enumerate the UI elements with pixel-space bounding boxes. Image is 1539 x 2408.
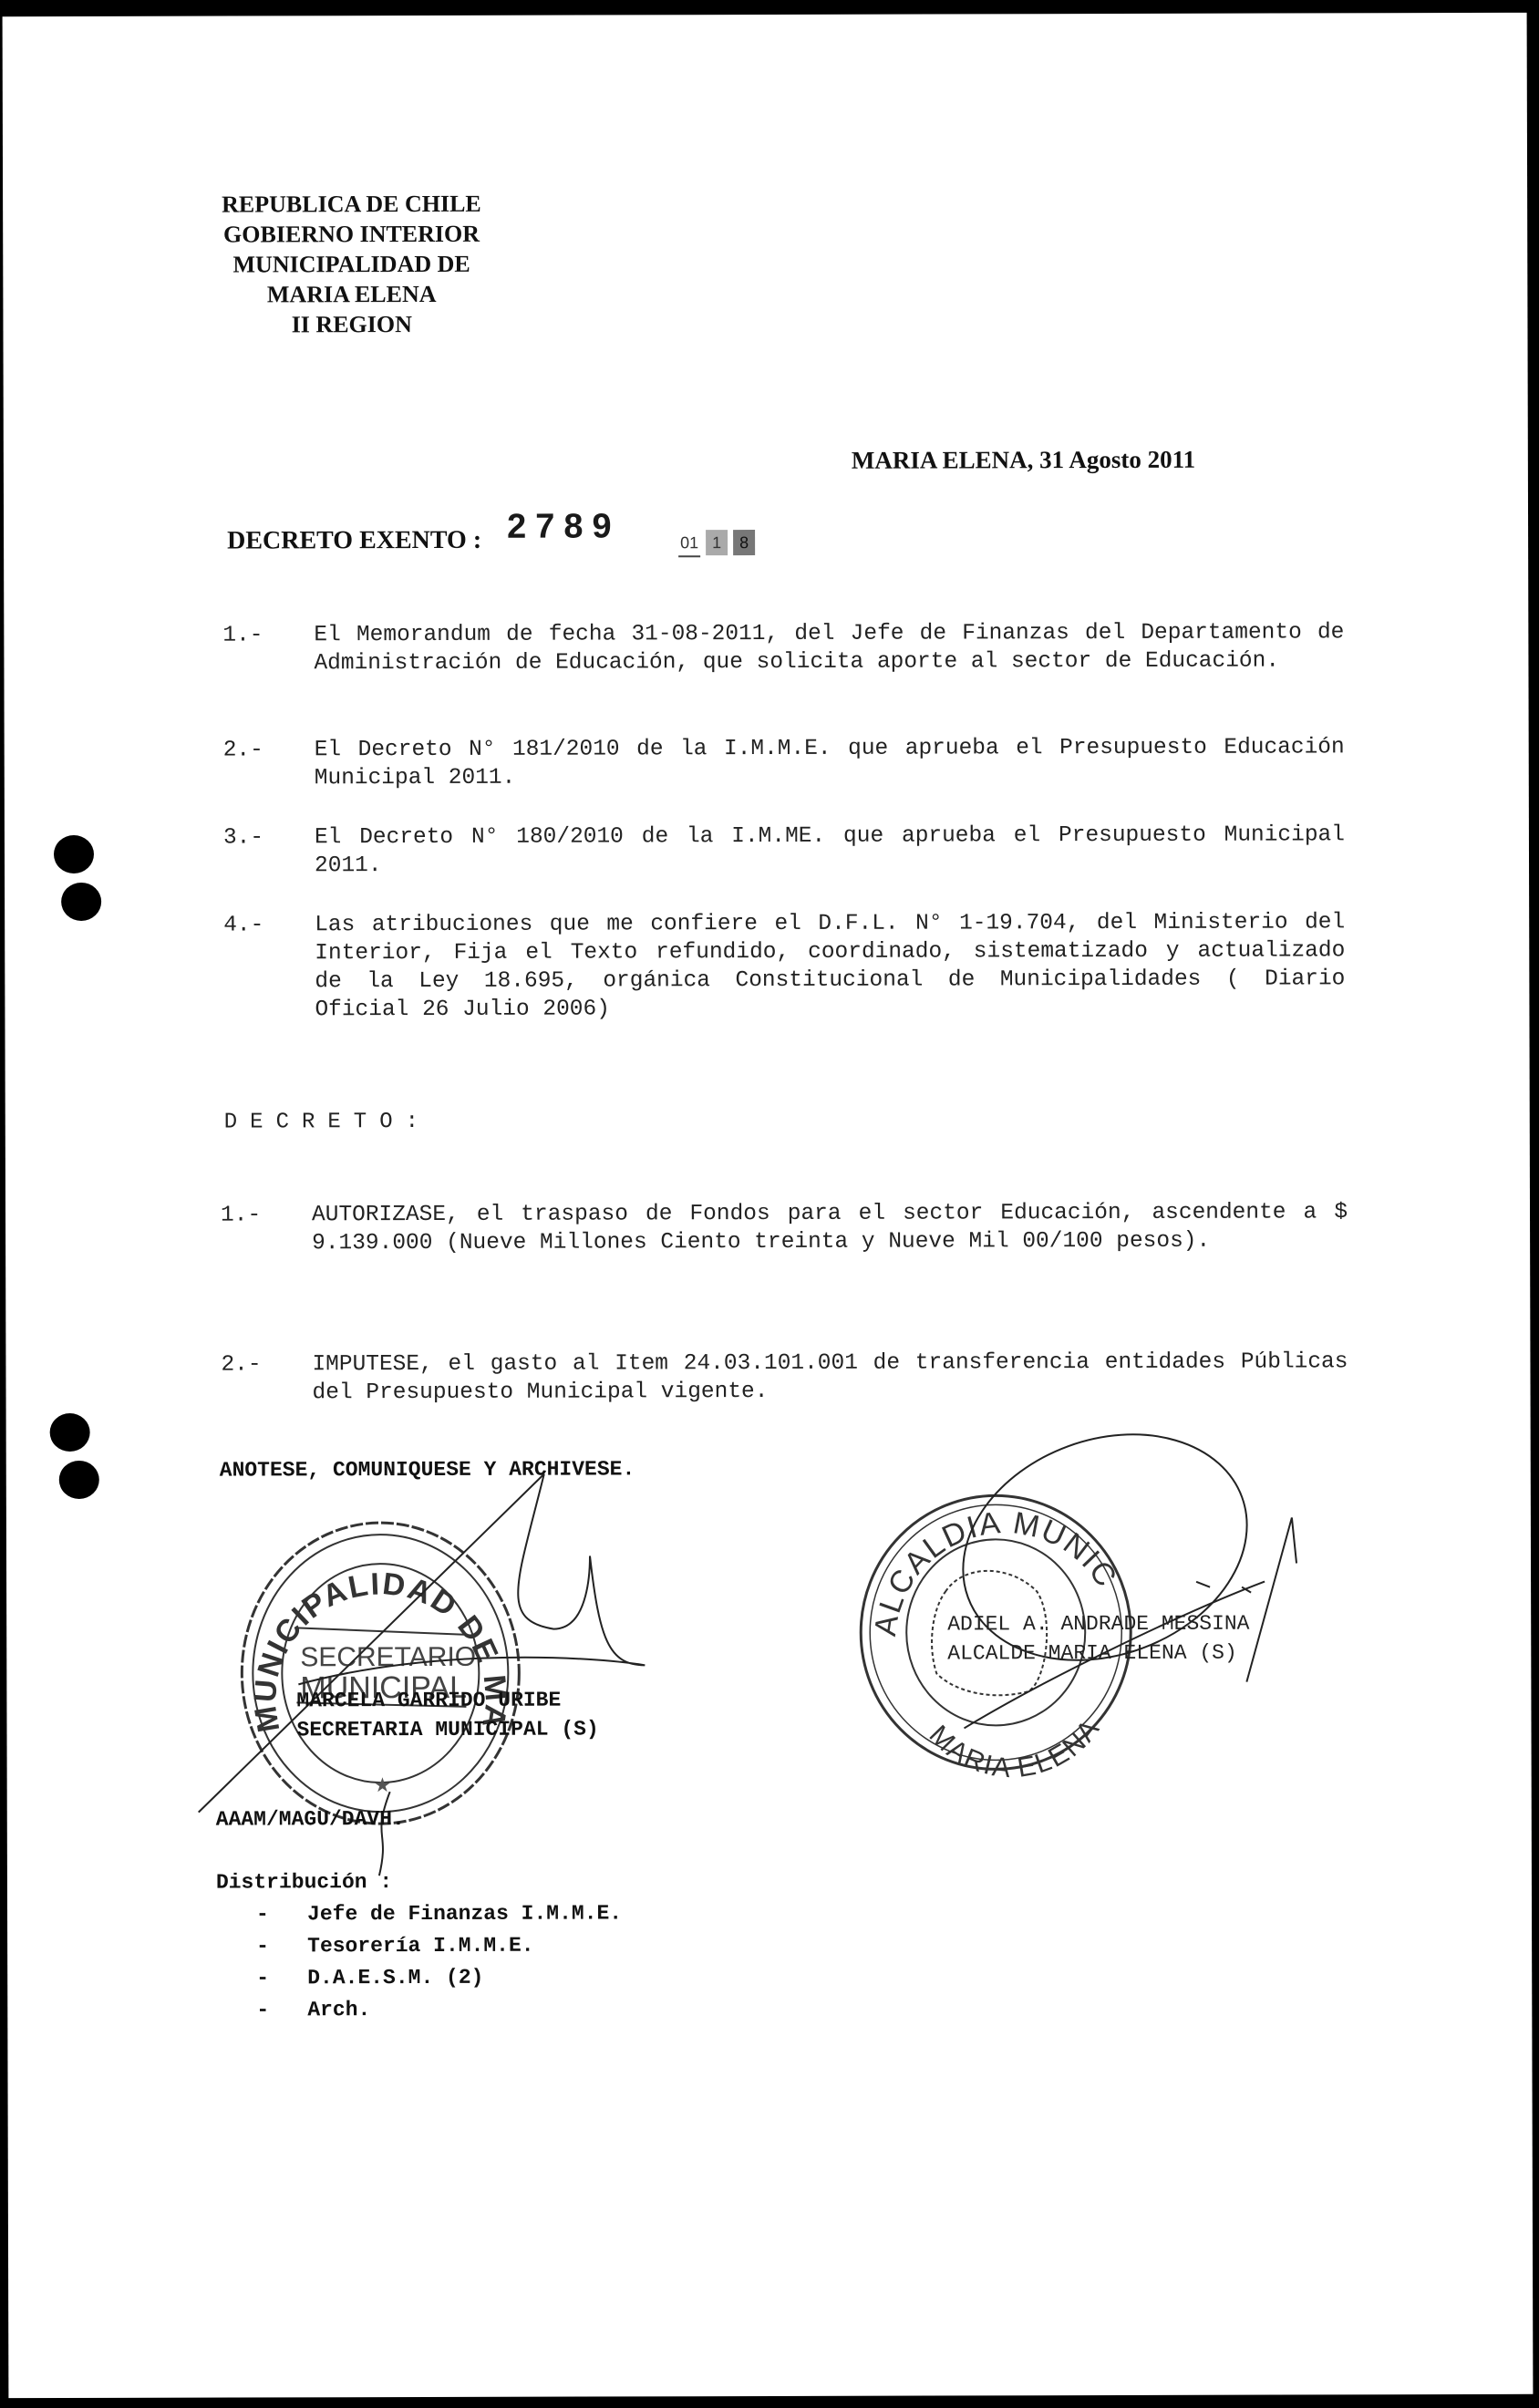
item-text: El Decreto N° 180/2010 de la I.M.ME. que…: [315, 821, 1345, 880]
consideration-item: 1.- El Memorandum de fecha 31-08-2011, d…: [222, 618, 1344, 677]
consideration-item: 2.- El Decreto N° 181/2010 de la I.M.M.E…: [223, 733, 1345, 792]
secretary-name: MARCELA GARRIDO URIBE: [296, 1685, 598, 1715]
header-line: MARIA ELENA: [222, 279, 481, 310]
header-line: MUNICIPALIDAD DE: [222, 249, 481, 280]
item-text: Las atribuciones que me confiere el D.F.…: [315, 908, 1345, 1024]
svg-text:MARIA ELENA: MARIA ELENA: [924, 1713, 1107, 1784]
item-number: 1.-: [222, 621, 263, 649]
reference-initials: AAAM/MAGU/DAVH.: [216, 1807, 405, 1832]
issuer-header: REPUBLICA DE CHILE GOBIERNO INTERIOR MUN…: [222, 189, 481, 340]
secretary-signature-block: MARCELA GARRIDO URIBE SECRETARIA MUNICIP…: [296, 1685, 598, 1744]
distribution-item: -Jefe de Finanzas I.M.M.E.: [256, 1897, 622, 1930]
resolution-item: 2.- IMPUTESE, el gasto al Item 24.03.101…: [221, 1348, 1348, 1407]
mayor-title: ALCALDE MARIA ELENA (S): [947, 1638, 1249, 1669]
item-text: AUTORIZASE, el traspaso de Fondos para e…: [312, 1198, 1348, 1257]
place-and-date: MARIA ELENA, 31 Agosto 2011: [852, 446, 1195, 475]
item-text: El Memorandum de fecha 31-08-2011, del J…: [314, 618, 1344, 677]
mayor-signature: [931, 1396, 1297, 1729]
item-text: El Decreto N° 181/2010 de la I.M.M.E. qu…: [315, 733, 1345, 792]
punch-hole: [61, 883, 101, 921]
item-number: 4.-: [223, 911, 263, 939]
item-number: 2.-: [223, 736, 263, 764]
consideration-item: 4.- Las atribuciones que me confiere el …: [223, 908, 1345, 1024]
punch-hole: [54, 835, 94, 873]
item-number: 2.-: [221, 1350, 261, 1379]
secretary-title: SECRETARIA MUNICIPAL (S): [296, 1714, 598, 1744]
scanned-document-page: REPUBLICA DE CHILE GOBIERNO INTERIOR MUN…: [3, 13, 1534, 2398]
mayor-signature-block: ADIEL A. ANDRADE MESSINA ALCALDE MARIA E…: [947, 1609, 1249, 1669]
decreto-title: DECRETO:: [224, 1110, 431, 1135]
item-number: 3.-: [223, 823, 263, 852]
closing-formula: ANOTESE, COMUNIQUESE Y ARCHIVESE.: [220, 1457, 635, 1482]
item-number: 1.-: [221, 1201, 261, 1229]
mayor-stamp: ALCALDIA MUNICIPAL MARIA ELENA: [3, 13, 1131, 1786]
consideration-item: 3.- El Decreto N° 180/2010 de la I.M.ME.…: [223, 821, 1345, 880]
punch-hole: [50, 1413, 90, 1452]
date-stamp: 01 1 8: [678, 530, 755, 557]
stamp-digit: 1: [706, 530, 728, 555]
distribution-label: Distribución :: [216, 1865, 622, 1898]
distribution-list: Distribución : -Jefe de Finanzas I.M.M.E…: [216, 1865, 623, 2026]
svg-text:SECRETARIO: SECRETARIO: [300, 1642, 476, 1673]
decree-number: 2789: [507, 507, 621, 546]
distribution-item: -Arch.: [256, 1993, 622, 2026]
resolution-item: 1.- AUTORIZASE, el traspaso de Fondos pa…: [221, 1198, 1348, 1257]
decree-label: DECRETO EXENTO :: [227, 526, 481, 556]
distribution-item: -Tesorería I.M.M.E.: [256, 1929, 622, 1962]
stamp-digit: 8: [733, 530, 755, 555]
distribution-item: -D.A.E.S.M. (2): [256, 1961, 622, 1994]
header-line: REPUBLICA DE CHILE: [222, 189, 481, 220]
svg-text:★: ★: [374, 1774, 392, 1797]
stamp-digit: 01: [678, 530, 700, 557]
header-line: II REGION: [222, 309, 481, 340]
punch-hole: [59, 1461, 99, 1499]
item-text: IMPUTESE, el gasto al Item 24.03.101.001…: [312, 1348, 1348, 1407]
mayor-name: ADIEL A. ANDRADE MESSINA: [947, 1609, 1249, 1639]
header-line: GOBIERNO INTERIOR: [222, 219, 481, 250]
